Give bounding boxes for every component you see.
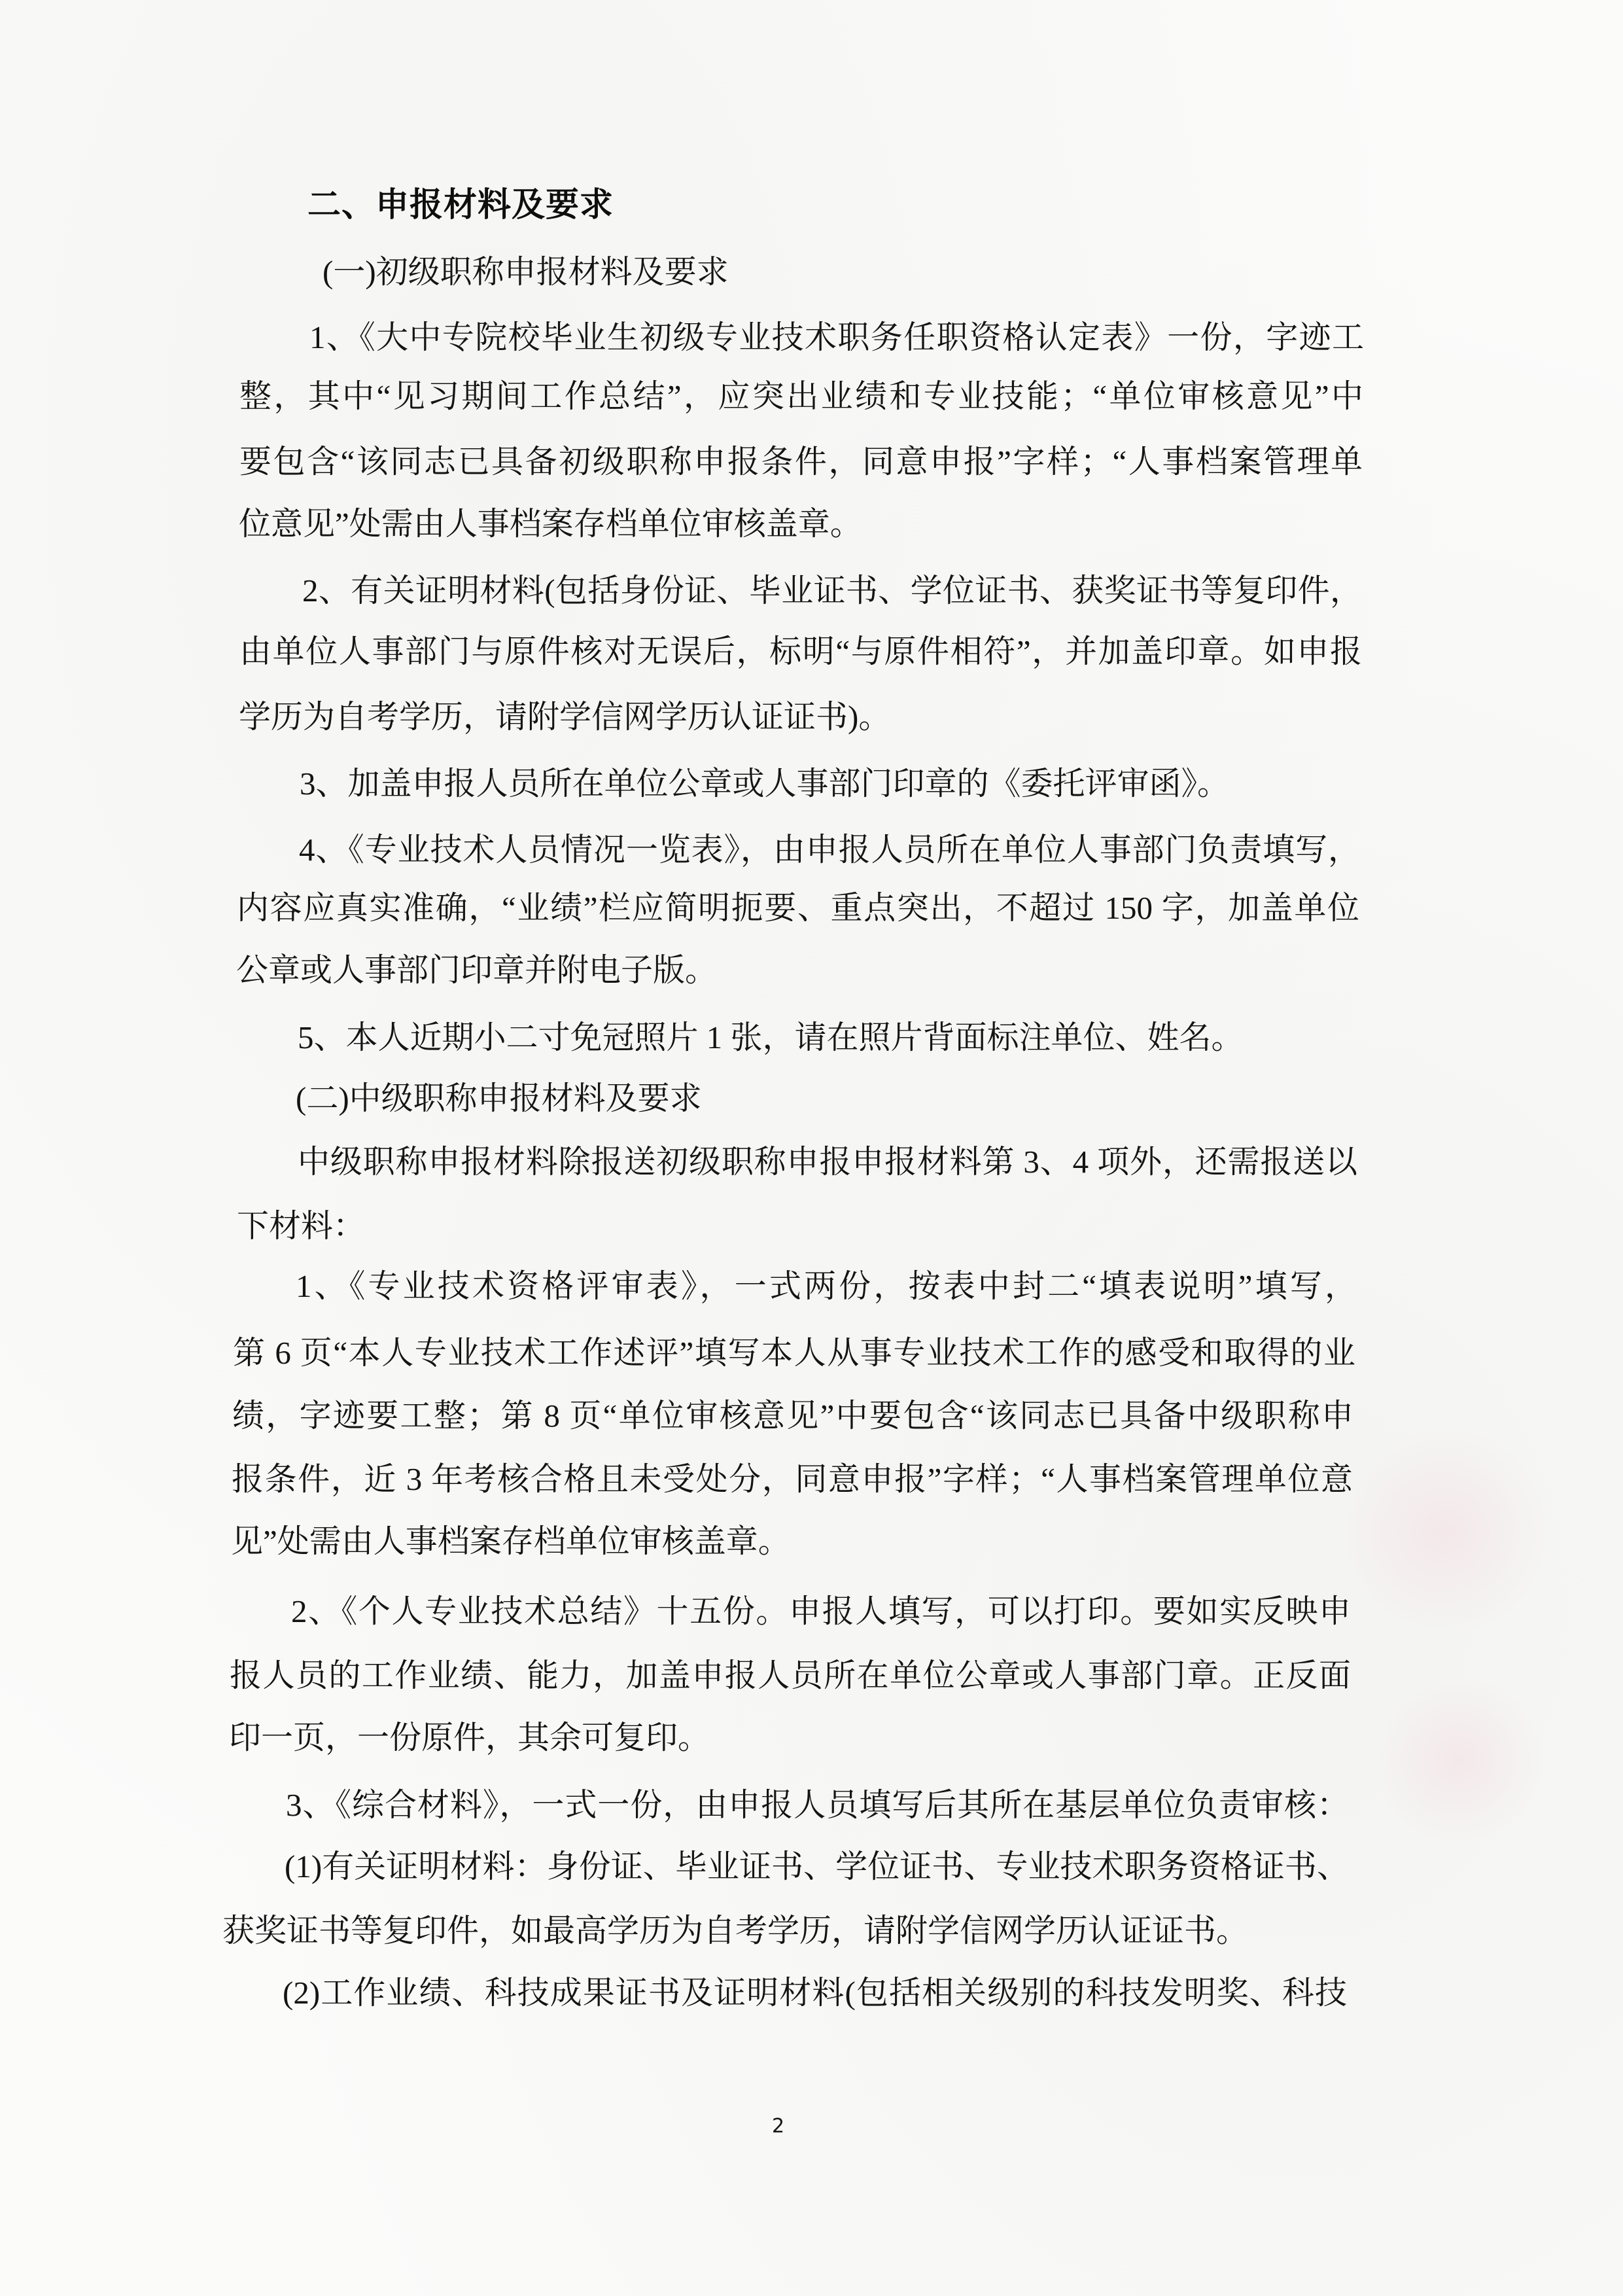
- paragraph-line: (1)有关证明材料：身份证、毕业证书、学位证书、专业技术职务资格证书、: [285, 1848, 1349, 1885]
- paragraph-line: 报条件，近 3 年考核合格且未受处分，同意申报”字样；“人事档案管理单位意: [232, 1461, 1353, 1498]
- paragraph-line: 整，其中“见习期间工作总结”，应突出业绩和专业技能；“单位审核意见”中: [239, 378, 1363, 415]
- paragraph-line: 位意见”处需由人事档案存档单位审核盖章。: [239, 506, 862, 542]
- paragraph-line: 3、加盖申报人员所在单位公章或人事部门印章的《委托评审函》。: [300, 766, 1229, 802]
- paragraph-line: 2、《个人专业技术总结》十五份。申报人填写，可以打印。要如实反映申: [291, 1593, 1351, 1630]
- document-page: 二、申报材料及要求 (一)初级职称申报材料及要求 1、《大中专院校毕业生初级专业…: [0, 0, 1623, 2296]
- paragraph-line: 由单位人事部门与原件核对无误后，标明“与原件相符”，并加盖印章。如申报: [239, 633, 1362, 670]
- paragraph-line: 5、本人近期小二寸免冠照片 1 张，请在照片背面标注单位、姓名。: [298, 1019, 1244, 1056]
- paragraph-line: 第 6 页“本人专业技术工作述评”填写本人从事专业技术工作的感受和取得的业: [233, 1335, 1355, 1371]
- paragraph-line: 报人员的工作业绩、能力，加盖申报人员所在单位公章或人事部门章。正反面打: [230, 1657, 1351, 1694]
- paragraph-line: 1、《专业技术资格评审表》，一式两份，按表中封二“填表说明”填写，: [296, 1268, 1357, 1305]
- paragraph-line: 内容应真实准确，“业绩”栏应简明扼要、重点突出，不超过 150 字，加盖单位: [237, 890, 1359, 927]
- paragraph-line: 绩，字迹要工整；第 8 页“单位审核意见”中要包含“该同志已具备中级职称申: [232, 1398, 1353, 1434]
- paragraph-line: 下材料：: [237, 1208, 365, 1245]
- paragraph-line: 4、《专业技术人员情况一览表》，由申报人员所在单位人事部门负责填写，: [299, 832, 1360, 868]
- paragraph-line: 印一页，一份原件，其余可复印。: [229, 1720, 710, 1756]
- subheading-junior-title: (一)初级职称申报材料及要求: [323, 254, 729, 291]
- subheading-intermediate-title: (二)中级职称申报材料及要求: [296, 1080, 702, 1117]
- stamp-bleed-mark: [1341, 1426, 1550, 1636]
- paragraph-line: (2)工作业绩、科技成果证书及证明材料(包括相关级别的科技发明奖、科技: [283, 1975, 1347, 2011]
- paragraph-line: 获奖证书等复印件，如最高学历为自考学历，请附学信网学历认证证书。: [222, 1913, 1248, 1949]
- paragraph-line: 中级职称申报材料除报送初级职称申报申报材料第 3、4 项外，还需报送以: [298, 1144, 1357, 1180]
- paragraph-line: 公章或人事部门印章并附电子版。: [236, 952, 717, 989]
- stamp-bleed-mark: [1374, 1675, 1544, 1845]
- paragraph-line: 1、《大中专院校毕业生初级专业技术职务任职资格认定表》一份，字迹工: [309, 319, 1364, 356]
- paragraph-line: 3、《综合材料》，一式一份，由申报人员填写后其所在基层单位负责审核：: [286, 1787, 1349, 1824]
- paragraph-line: 学历为自考学历，请附学信网学历认证证书)。: [239, 699, 890, 735]
- paragraph-line: 2、有关证明材料(包括身份证、毕业证书、学位证书、获奖证书等复印件，: [302, 573, 1362, 609]
- paragraph-line: 要包含“该同志已具备初级职称申报条件，同意申报”字样；“人事档案管理单: [239, 444, 1363, 480]
- section-heading: 二、申报材料及要求: [307, 187, 614, 224]
- paragraph-line: 见”处需由人事档案存档单位审核盖章。: [231, 1523, 790, 1560]
- page-number: 2: [772, 2115, 784, 2138]
